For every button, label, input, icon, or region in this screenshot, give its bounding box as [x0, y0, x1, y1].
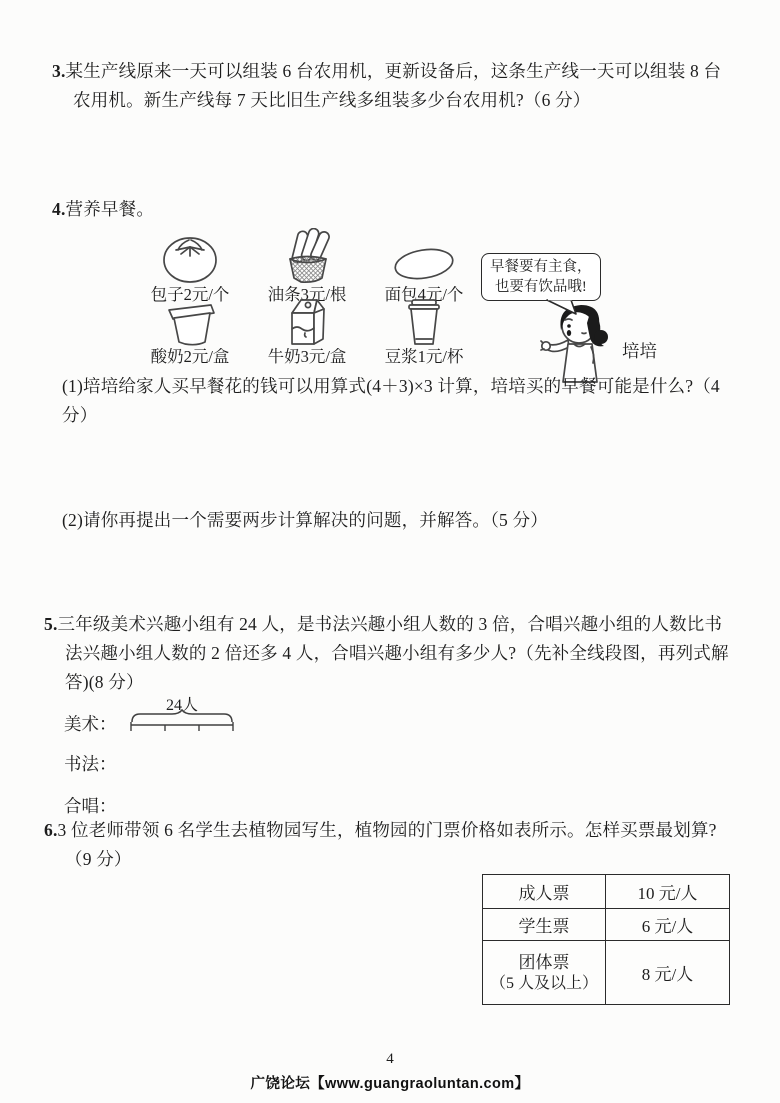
table-row-student: 学生票 6 元/人: [483, 909, 730, 941]
speech-bubble-line2: 也要有饮品哦!: [490, 277, 592, 297]
question-3: 3.某生产线原来一天可以组装 6 台农用机，更新设备后，这条生产线一天可以组装 …: [52, 57, 730, 115]
question-4-sub2: (2)请你再提出一个需要两步计算解决的问题，并解答。（5 分）: [62, 506, 724, 535]
cell-student-type: 学生票: [483, 909, 606, 941]
soymilk-icon: [354, 290, 494, 346]
cell-group-type-note: （5 人及以上）: [487, 974, 601, 994]
question-3-text: 某生产线原来一天可以组装 6 台农用机，更新设备后，这条生产线一天可以组装 8 …: [66, 61, 722, 110]
page-number: 4: [0, 1051, 780, 1068]
question-3-number: 3.: [52, 61, 66, 81]
question-4-title-text: 营养早餐。: [66, 199, 155, 219]
question-6-number: 6.: [44, 820, 58, 840]
segment-line-icon: [130, 721, 234, 733]
cell-group-price: 8 元/人: [606, 941, 730, 1005]
food-item-soymilk: 豆浆1元/杯: [354, 290, 494, 366]
table-row-group: 团体票 （5 人及以上） 8 元/人: [483, 941, 730, 1005]
question-5-number: 5.: [44, 614, 58, 634]
speech-bubble: 早餐要有主食， 也要有饮品哦!: [481, 253, 601, 301]
character-name: 培培: [622, 338, 657, 363]
bread-icon: [354, 228, 494, 284]
ticket-price-table: 成人票 10 元/人 学生票 6 元/人 团体票 （5 人及以上） 8 元/人: [482, 874, 730, 1005]
question-4-sub1-text: (1)培培给家人买早餐花的钱可以用算式(4＋3)×3 计算，培培买的早餐可能是什…: [62, 376, 720, 425]
question-4-title: 4.营养早餐。: [52, 195, 154, 224]
food-label-soymilk: 豆浆1元/杯: [354, 347, 494, 366]
question-6-text: 3 位老师带领 6 名学生去植物园写生，植物园的门票价格如表所示。怎样买票最划算…: [58, 820, 717, 869]
cell-adult-price: 10 元/人: [606, 875, 730, 909]
speech-bubble-line1: 早餐要有主食，: [490, 257, 592, 277]
speech-bubble-tail: [545, 299, 579, 316]
cell-adult-type: 成人票: [483, 875, 606, 909]
cell-student-price: 6 元/人: [606, 909, 730, 941]
question-5-text: 三年级美术兴趣小组有 24 人，是书法兴趣小组人数的 3 倍，合唱兴趣小组的人数…: [58, 614, 729, 692]
diagram-row-chorus: 合唱：: [64, 793, 117, 818]
diagram-row-calligraphy: 书法：: [64, 751, 117, 776]
table-row-adult: 成人票 10 元/人: [483, 875, 730, 909]
question-4-sub1: (1)培培给家人买早餐花的钱可以用算式(4＋3)×3 计算，培培买的早餐可能是什…: [62, 372, 724, 430]
cell-group-type: 团体票 （5 人及以上）: [483, 941, 606, 1005]
question-4-sub2-text: (2)请你再提出一个需要两步计算解决的问题，并解答。（5 分）: [62, 510, 548, 530]
question-6: 6.3 位老师带领 6 名学生去植物园写生，植物园的门票价格如表所示。怎样买票最…: [44, 816, 730, 874]
footer-site-text: 广饶论坛【www.guangraoluntan.com】: [0, 1072, 780, 1093]
diagram-row-art: 美术：: [64, 711, 117, 736]
question-4-number: 4.: [52, 199, 66, 219]
worksheet-page: 3.某生产线原来一天可以组装 6 台农用机，更新设备后，这条生产线一天可以组装 …: [0, 0, 780, 1103]
question-5: 5.三年级美术兴趣小组有 24 人，是书法兴趣小组人数的 3 倍，合唱兴趣小组的…: [44, 610, 730, 697]
cell-group-type-main: 团体票: [487, 952, 601, 974]
